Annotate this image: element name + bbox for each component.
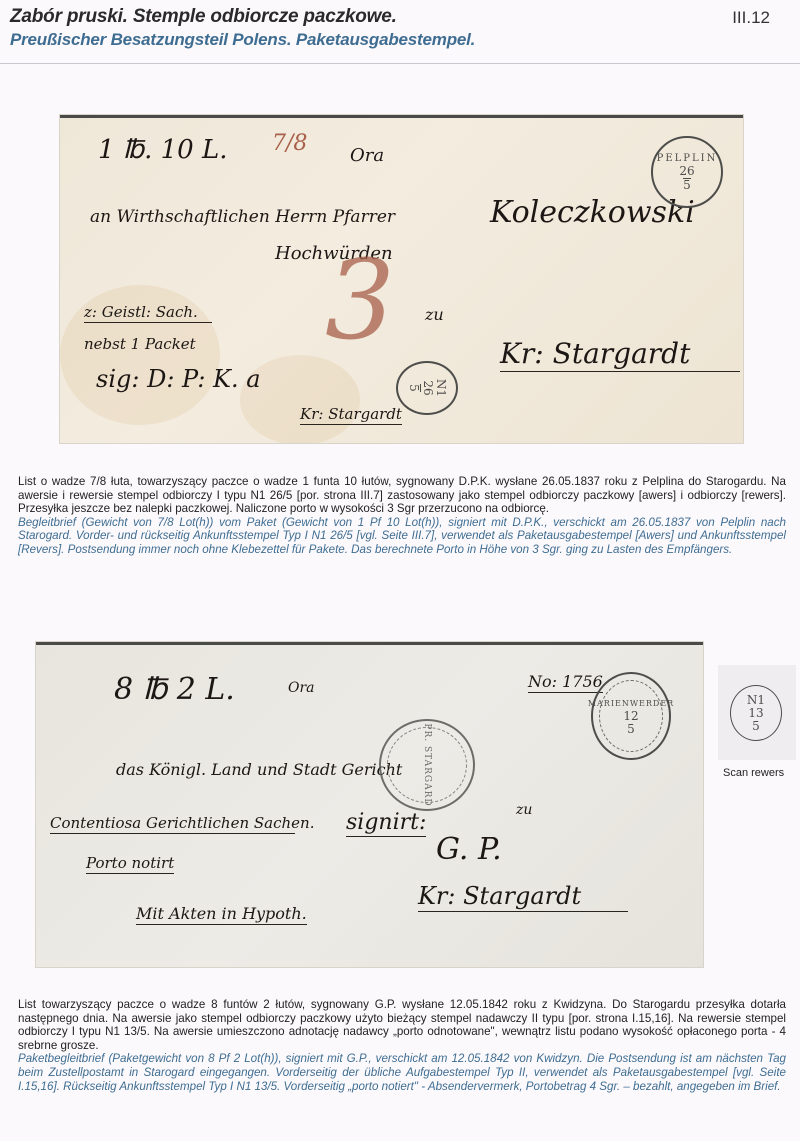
description-german: Begleitbrief (Gewicht von 7/8 Lot(h)) vo… <box>18 516 786 557</box>
page-number: III.12 <box>732 8 770 28</box>
description-german: Paketbegleitbrief (Paketgewicht von 8 Pf… <box>18 1052 786 1093</box>
scan-rewers-image: N1 13 5 <box>718 665 796 760</box>
address-line-1: das Königl. Land und Stadt Gericht <box>116 760 402 779</box>
marienwerder-stamp: MARIENWERDER 12 5 <box>591 672 671 760</box>
cover-image-1842: 8 ℔ 2 L. Ora No: 1756 das Königl. Land u… <box>36 642 703 967</box>
cover-image-1837: 1 ℔. 10 L. 7/8 Ora an Wirthschaftlichen … <box>60 115 743 443</box>
page-title-german: Preußischer Besatzungsteil Polens. Paket… <box>10 30 475 50</box>
n1-reverse-stamp: N1 13 5 <box>730 685 782 741</box>
page-title-polish: Zabór pruski. Stemple odbiorcze paczkowe… <box>10 6 397 28</box>
register-number: No: 1756 <box>528 672 603 693</box>
ora-note: Ora <box>350 145 384 166</box>
signed-note: sig: D: P: K. a <box>96 365 261 393</box>
signed-note: signirt: <box>346 810 426 837</box>
pelplin-stamp: PELPLIN 26 5 <box>651 136 723 208</box>
contents-line-2: nebst 1 Packet <box>84 335 196 353</box>
contents-line-1: Contentiosa Gerichtlichen Sachen. <box>50 814 295 834</box>
description-cover-2: List towarzyszący paczce o wadze 8 funtó… <box>18 998 786 1093</box>
address-line-1: an Wirthschaftlichen Herrn Pfarrer <box>90 207 395 227</box>
n1-stamp: N1 26 5 <box>396 361 458 415</box>
zu-note: zu <box>425 305 444 324</box>
zu-note: zu <box>516 802 532 818</box>
porto-red-note: 3 <box>325 245 395 355</box>
lower-destination-note: Kr: Stargardt <box>300 405 402 425</box>
enclosure-note: Mit Akten in Hypoth. <box>136 904 307 925</box>
description-polish: List o wadze 7/8 łuta, towarzyszący pacz… <box>18 475 786 516</box>
weight-note: 1 ℔. 10 L. <box>98 135 227 165</box>
header-divider <box>0 63 800 64</box>
pr-stargard-stamp: PR. STARGARD <box>379 719 475 811</box>
contents-line-1: z: Geistl: Sach. <box>84 303 212 323</box>
destination-note: Kr: Stargardt <box>418 882 628 912</box>
signature: G. P. <box>436 832 502 867</box>
scan-rewers-label: Scan rewers <box>723 767 784 779</box>
destination-note: Kr: Stargardt <box>500 337 740 372</box>
description-polish: List towarzyszący paczce o wadze 8 funtó… <box>18 998 786 1052</box>
ora-note: Ora <box>288 680 315 696</box>
porto-note: Porto notirt <box>86 854 174 874</box>
weight-fraction-note: 7/8 <box>272 131 307 156</box>
description-cover-1: List o wadze 7/8 łuta, towarzyszący pacz… <box>18 475 786 557</box>
weight-note: 8 ℔ 2 L. <box>114 672 235 707</box>
